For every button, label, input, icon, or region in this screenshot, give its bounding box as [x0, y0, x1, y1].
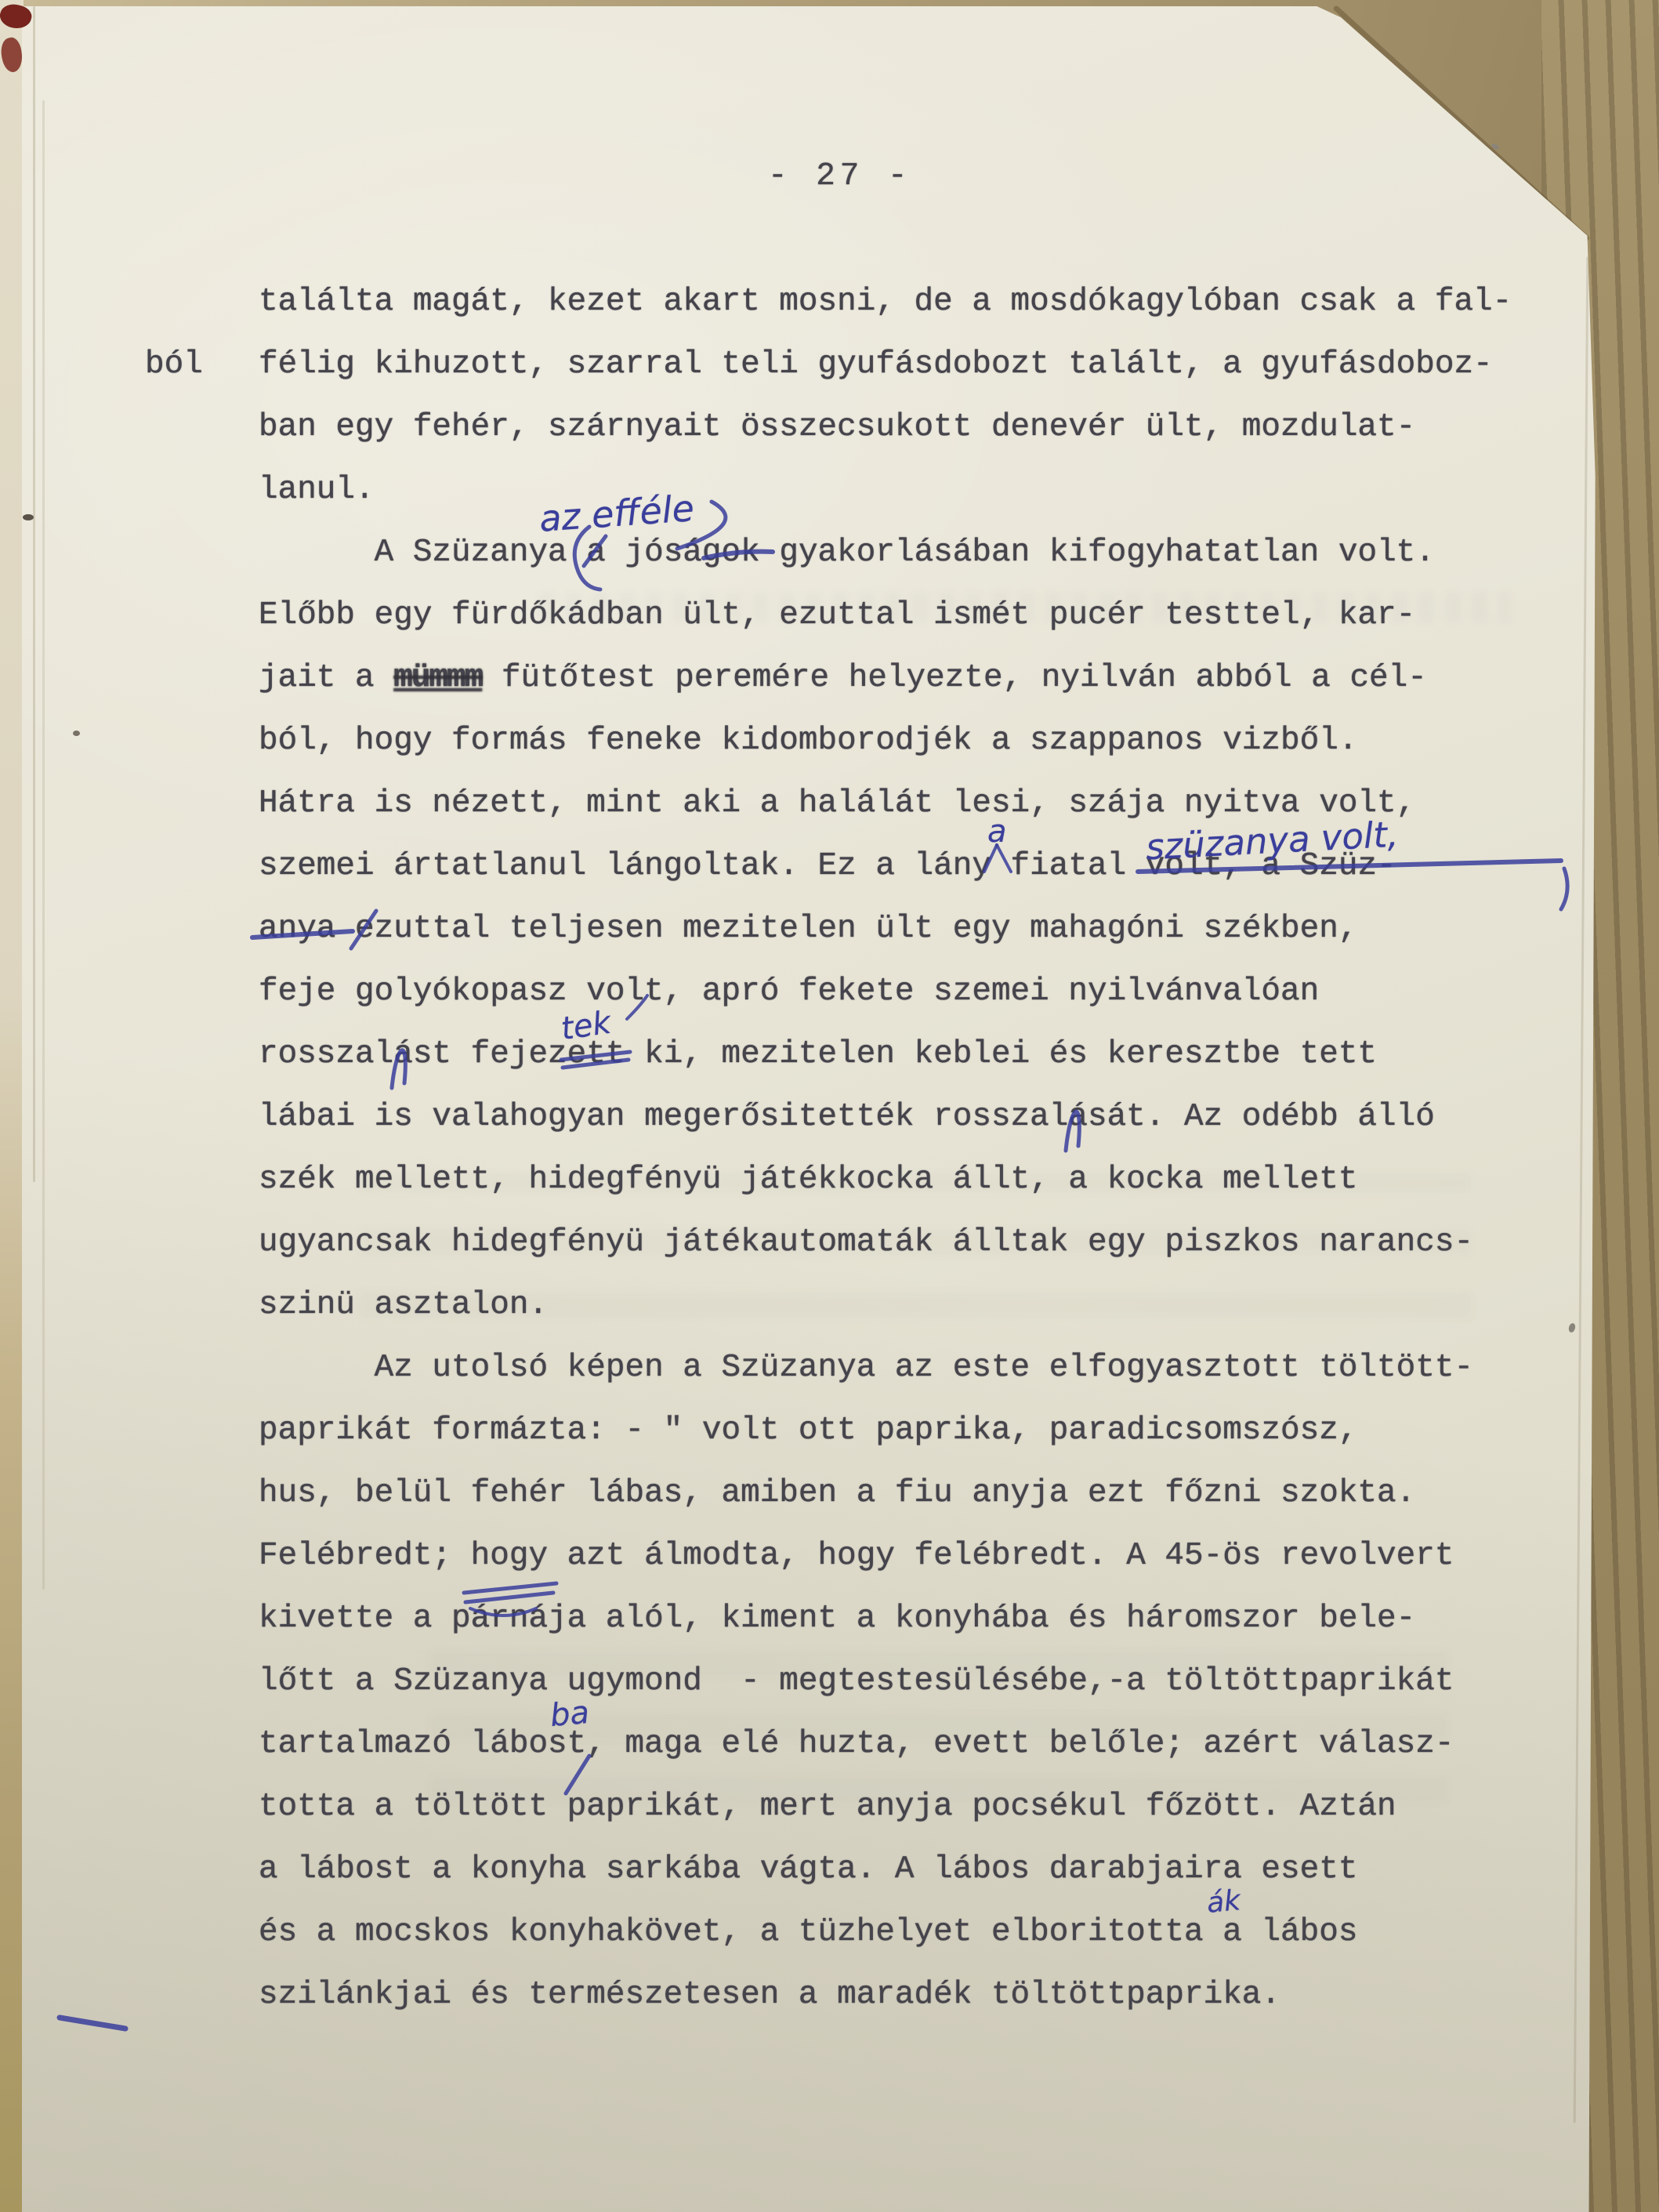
typed-line: szinü asztalon.: [259, 1274, 548, 1336]
typed-line: kivette a párnája alól, kiment a konyháb…: [259, 1587, 1415, 1650]
typed-segment: , maga elé huzta, evett belőle; azért vá…: [586, 1726, 1454, 1762]
typed-segment: és a mocskos konyhakövet, a tüzhelyet el…: [259, 1914, 1357, 1950]
typed-segment: lőtt a Szüzanya ugymond - megtestesülésé…: [259, 1663, 1454, 1699]
typed-segment: anya: [259, 911, 335, 947]
typed-segment: lanul.: [259, 472, 375, 508]
margin-note: ból: [145, 333, 203, 396]
page-number: - 27 -: [768, 145, 912, 208]
typed-line: lábai is valahogyan megerősitették rossz…: [259, 1086, 1435, 1148]
typed-segment: a: [586, 535, 606, 571]
typed-segment: lábai is valahogyan megerősitették rossz…: [259, 1099, 1435, 1135]
typed-line: lanul.: [259, 459, 375, 521]
typed-segment: rosszalást fejez: [259, 1036, 567, 1072]
typed-segment: félig kihuzott, szarral teli gyufásdoboz…: [259, 346, 1493, 383]
typed-segment: ok: [722, 535, 760, 571]
typed-segment: Hátra is nézett, mint aki a halálát lesi…: [259, 785, 1415, 821]
typed-line: rosszalást fejezett ki, mezitelen keblei…: [259, 1023, 1377, 1086]
handwriting-note: ák: [1205, 1884, 1241, 1920]
typed-line: feje golyókopasz volt, apró fekete szeme…: [259, 960, 1319, 1023]
typed-line: Az utolsó képen a Szüzanya az este elfog…: [259, 1336, 1473, 1399]
typed-segment: a lábost a konyha sarkába vágta. A lábos…: [259, 1851, 1357, 1887]
typed-line: szilánkjai és természetesen a maradék tö…: [259, 1964, 1280, 2026]
typed-segment: Előbb egy fürdőkádban ült, ezuttal ismét…: [259, 597, 1415, 633]
typed-segment: jait a: [259, 660, 393, 696]
typed-line: félig kihuzott, szarral teli gyufásdoboz…: [259, 333, 1493, 396]
typed-line: lőtt a Szüzanya ugymond - megtestesülésé…: [259, 1650, 1454, 1713]
typed-line: találta magát, kezet akart mosni, de a m…: [259, 270, 1512, 333]
typed-line: tartalmazó lábost, maga elé huzta, evett…: [259, 1713, 1454, 1775]
typed-segment: A Szüzanya: [259, 535, 586, 571]
typed-line: hus, belül fehér lábas, amiben a fiu any…: [259, 1462, 1415, 1525]
typed-segment: fütőtest peremére helyezte, nyilván abbó…: [482, 660, 1427, 696]
typed-line: ban egy fehér, szárnyait összecsukott de…: [259, 396, 1415, 459]
handwriting-note: a: [987, 814, 1007, 850]
typed-segment: ezuttal teljesen mezitelen ült egy mahag…: [335, 911, 1357, 947]
typed-segment: jóság: [606, 535, 722, 571]
typed-text-layer: - 27 - ból találta magát, kezet akart mo…: [0, 0, 1659, 2212]
typed-line: Felébredt; hogy azt álmodta, hogy felébr…: [259, 1525, 1454, 1587]
typed-segment: hus, belül fehér lábas, amiben a fiu any…: [259, 1475, 1415, 1511]
typed-segment: mümmm: [393, 660, 482, 696]
manuscript-photo: - 27 - ból találta magát, kezet akart mo…: [0, 0, 1659, 2212]
typed-segment: szinü asztalon.: [259, 1287, 548, 1323]
typed-segment: Felébredt;: [259, 1538, 471, 1574]
typed-segment: kivette a párnája alól, kiment a konyháb…: [259, 1601, 1415, 1637]
typed-line: szék mellett, hidegfényü játékkocka állt…: [259, 1148, 1357, 1211]
typed-segment: tartalmazó lábos: [259, 1726, 567, 1762]
typed-line: anya ezuttal teljesen mezitelen ült egy …: [259, 897, 1357, 960]
typed-segment: találta magát, kezet akart mosni, de a m…: [259, 284, 1512, 320]
typed-segment: gyakorlásában kifogyhatatlan volt.: [760, 535, 1435, 571]
typed-line: ugyancsak hidegfényü játékautomaták állt…: [259, 1211, 1473, 1274]
typed-segment: szék mellett, hidegfényü játékkocka állt…: [259, 1162, 1357, 1198]
typed-segment: szemei ártatlanul lángoltak. Ez a lány f…: [259, 848, 1146, 884]
typed-line: ból, hogy formás feneke kidomborodjék a …: [259, 709, 1357, 772]
typed-line: a lábost a konyha sarkába vágta. A lábos…: [259, 1838, 1357, 1901]
typed-segment: totta a töltött paprikát, mert anyja poc…: [259, 1789, 1396, 1825]
typed-segment: ki, mezitelen keblei és keresztbe tett: [625, 1036, 1377, 1072]
typed-segment: ból, hogy formás feneke kidomborodjék a …: [259, 723, 1357, 759]
typed-line: paprikát formázta: - " volt ott paprika,…: [259, 1399, 1357, 1462]
typed-line: A Szüzanya a jóságok gyakorlásában kifog…: [259, 521, 1435, 584]
handwriting-note: tek: [559, 1005, 613, 1047]
typed-segment: ugyancsak hidegfényü játékautomaták állt…: [259, 1224, 1473, 1260]
typed-line: Előbb egy fürdőkádban ült, ezuttal ismét…: [259, 584, 1415, 647]
typed-segment: hogy: [471, 1538, 548, 1574]
typed-segment: feje golyókopasz volt, apró fekete szeme…: [259, 974, 1319, 1010]
handwriting-note: ba: [549, 1695, 591, 1734]
typed-line: jait a mümmm fütőtest peremére helyezte,…: [259, 647, 1427, 709]
typed-segment: ban egy fehér, szárnyait összecsukott de…: [259, 409, 1415, 445]
typed-line: totta a töltött paprikát, mert anyja poc…: [259, 1775, 1396, 1838]
typed-segment: Az utolsó képen a Szüzanya az este elfog…: [259, 1350, 1473, 1386]
typed-segment: azt álmodta, hogy felébredt. A 45-ös rev…: [548, 1538, 1454, 1574]
typed-line: és a mocskos konyhakövet, a tüzhelyet el…: [259, 1901, 1357, 1964]
typed-segment: paprikát formázta: - " volt ott paprika,…: [259, 1412, 1357, 1449]
typed-segment: szilánkjai és természetesen a maradék tö…: [259, 1977, 1280, 2013]
